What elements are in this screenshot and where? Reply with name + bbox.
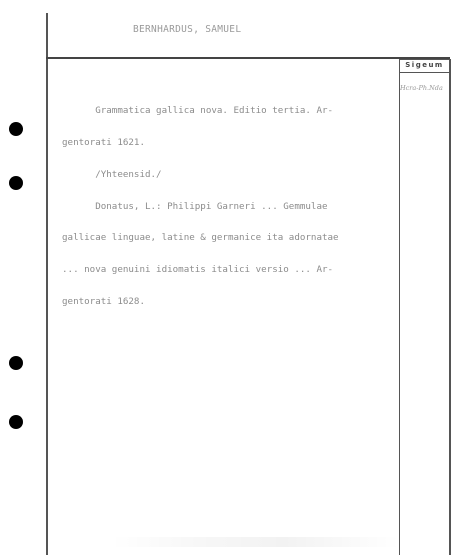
body-line: ... nova genuini idiomatis italici versi… — [62, 265, 397, 276]
sigeum-column-left-rule — [399, 59, 400, 555]
card-heading: BERNHARDUS, SAMUEL — [133, 24, 241, 35]
body-line: gentorati 1628. — [62, 297, 397, 308]
punch-hole — [9, 415, 23, 429]
card-body: Grammatica gallica nova. Editio tertia. … — [62, 85, 397, 318]
card-right-rule — [449, 59, 451, 555]
sigeum-label: Sigeum — [400, 61, 449, 69]
punch-hole — [9, 176, 23, 190]
card-left-rule — [46, 13, 48, 555]
punch-hole — [9, 356, 23, 370]
body-line: gallicae linguae, latine & germanice ita… — [62, 233, 397, 244]
body-line: gentorati 1621. — [62, 138, 397, 149]
body-line: Donatus, L.: Philippi Garneri ... Gemmul… — [62, 202, 397, 213]
punch-hole — [9, 122, 23, 136]
body-line: /Yhteensid./ — [62, 170, 397, 181]
sigeum-header: Sigeum — [399, 59, 450, 73]
faint-bleedthrough — [110, 537, 400, 547]
sigeum-value: Hcra-Ph.Nda — [400, 84, 450, 92]
card-header-rule — [46, 57, 450, 59]
body-line: Grammatica gallica nova. Editio tertia. … — [62, 106, 397, 117]
